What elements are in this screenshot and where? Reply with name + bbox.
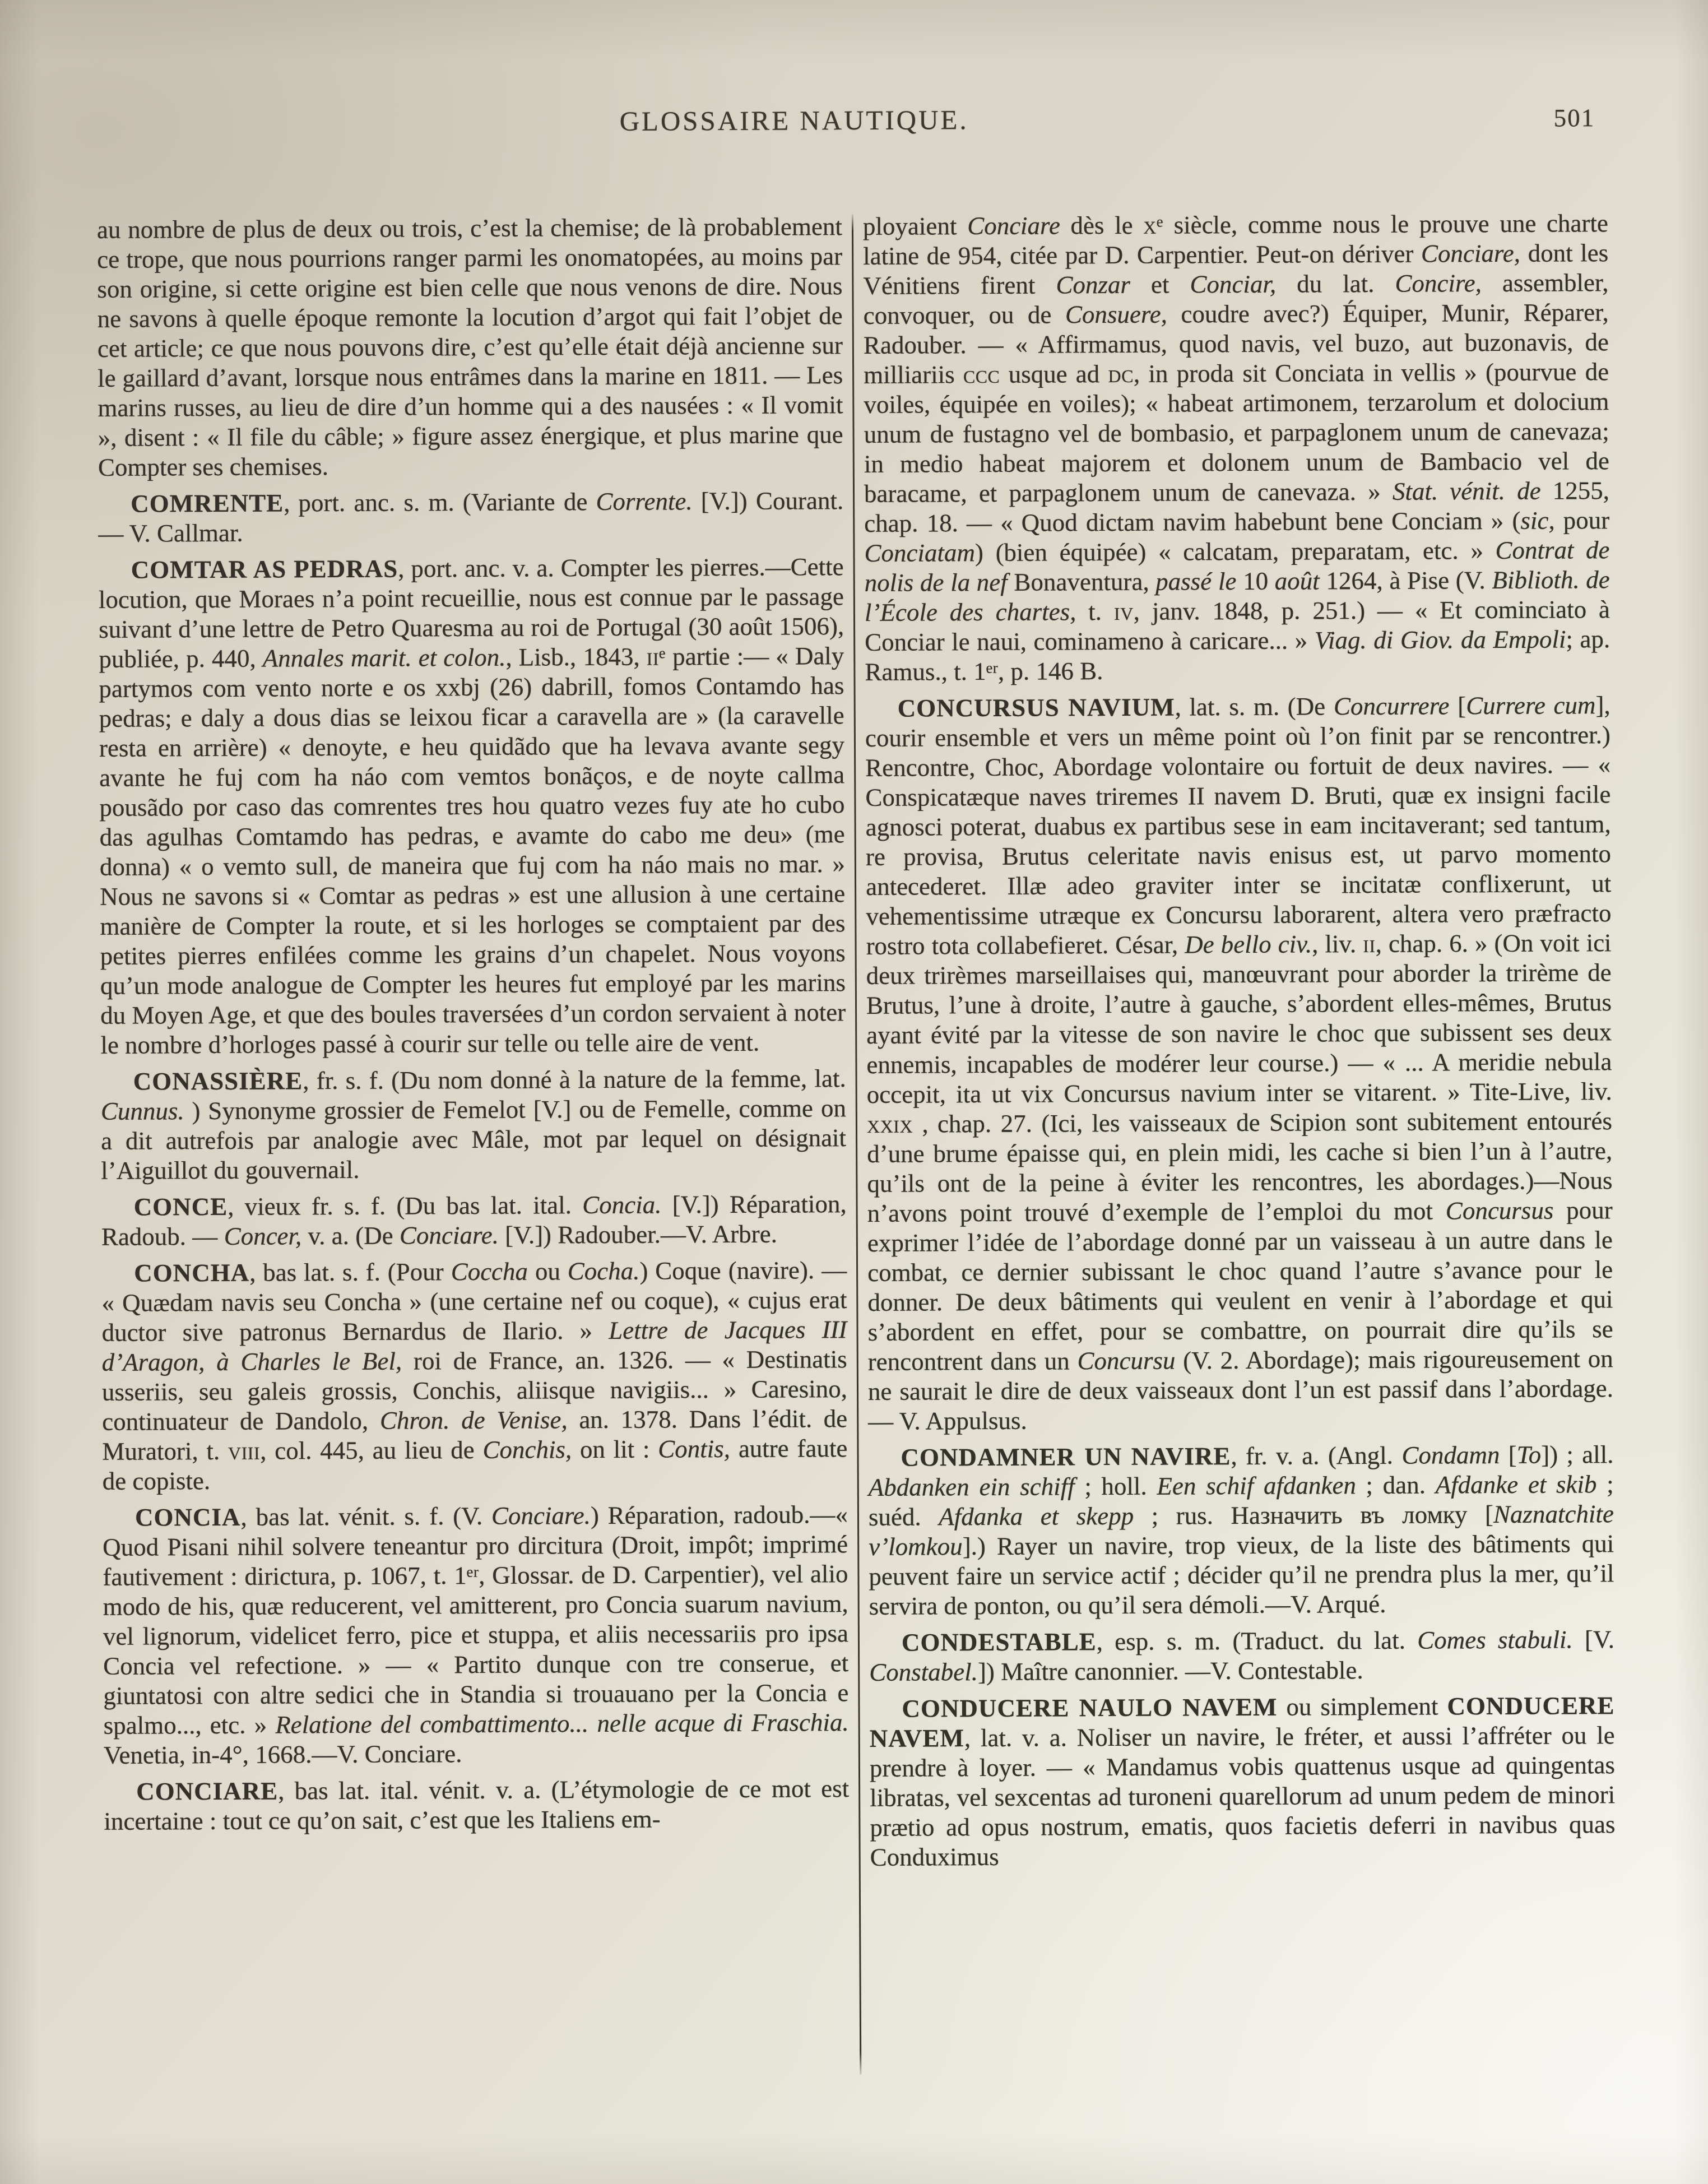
text-segment: ].) Rayer un navire, trop vieux, de la l… bbox=[869, 1529, 1614, 1620]
entry-headword: CONDESTABLE bbox=[902, 1627, 1097, 1657]
text-segment: Een schif afdanken bbox=[1157, 1471, 1356, 1500]
text-segment: 1264, à Pise (V. bbox=[1320, 566, 1492, 595]
glossary-entry: CONASSIÈRE, fr. s. f. (Du nom donné à la… bbox=[100, 1064, 846, 1186]
glossary-entry: CONCE, vieux fr. s. f. (Du bas lat. ital… bbox=[101, 1189, 846, 1252]
text-segment: , col. 445, au lieu de bbox=[260, 1436, 483, 1465]
text-segment: To bbox=[1517, 1441, 1542, 1469]
text-segment: Conzar bbox=[1056, 271, 1130, 299]
text-segment: 10 bbox=[1236, 567, 1275, 595]
text-segment: ; dan. bbox=[1356, 1471, 1436, 1499]
text-segment: ; holl. bbox=[1074, 1472, 1157, 1501]
text-segment: du lat. bbox=[1276, 270, 1395, 298]
text-segment: ; rus. Назначить въ ломку [ bbox=[1134, 1500, 1493, 1530]
text-segment: dc bbox=[1108, 360, 1134, 388]
glossary-entry: COMTAR AS PEDRAS, port. anc. v. a. Compt… bbox=[99, 552, 846, 1060]
text-segment: , bas lat. s. f. (Pour bbox=[249, 1258, 451, 1287]
text-segment: Conciar, bbox=[1190, 270, 1276, 299]
text-segment: [V.]) Radouber.—V. Arbre. bbox=[499, 1220, 777, 1249]
text-segment: Concursu bbox=[1077, 1347, 1175, 1375]
glossary-entry: CONCURSUS NAVIUM, lat. s. m. (De Concurr… bbox=[865, 690, 1614, 1436]
right-column: ployaient Conciare dès le xᵉ siècle, com… bbox=[863, 208, 1616, 1872]
text-segment: ployaient bbox=[863, 212, 967, 240]
text-segment: Conchis, bbox=[482, 1435, 572, 1464]
text-segment: v. a. (De bbox=[301, 1222, 400, 1250]
glossary-entry: CONCIA, bas lat. vénit. s. f. (V. Concia… bbox=[103, 1500, 849, 1770]
glossary-entry: ployaient Conciare dès le xᵉ siècle, com… bbox=[863, 208, 1610, 687]
text-segment: iiᵉ bbox=[647, 642, 666, 670]
text-segment: [ bbox=[1449, 692, 1466, 720]
text-segment: xᵉ bbox=[1143, 211, 1163, 239]
text-segment: Afdanka et skepp bbox=[939, 1502, 1134, 1531]
left-column: au nombre de plus de deux ou trois, c’es… bbox=[97, 212, 850, 1837]
scanned-book-page: GLOSSAIRE NAUTIQUE. 501 au nombre de plu… bbox=[0, 0, 1708, 2184]
text-segment: Comes stabuli. bbox=[1417, 1625, 1573, 1654]
text-segment: , liv. bbox=[1312, 930, 1363, 958]
text-segment: Constabel. bbox=[869, 1658, 978, 1686]
text-segment: Concursus bbox=[1446, 1197, 1554, 1225]
text-segment: Viag. di Giov. da Empoli bbox=[1315, 625, 1566, 654]
text-segment: Chron. de Venise, bbox=[380, 1406, 568, 1434]
page-header: GLOSSAIRE NAUTIQUE. 501 bbox=[96, 101, 1609, 152]
text-segment: , fr. v. a. (Angl. bbox=[1231, 1441, 1401, 1470]
entry-headword: CONCHA bbox=[134, 1259, 249, 1287]
text-segment: et bbox=[1130, 270, 1190, 298]
column-divider-rule bbox=[852, 214, 861, 2075]
text-segment: ) Synonyme grossier de Femelot [V.] ou d… bbox=[101, 1094, 846, 1185]
text-segment: ]) Maître canonnier. —V. Contestable. bbox=[978, 1656, 1363, 1686]
text-segment: août bbox=[1275, 567, 1320, 595]
text-segment: Consuere, bbox=[1065, 300, 1167, 329]
glossary-entry: CONCIARE, bas lat. ital. vénit. v. a. (L… bbox=[104, 1774, 849, 1837]
text-segment: dès le bbox=[1060, 211, 1144, 240]
entry-headword: CONDAMNER UN NAVIRE bbox=[901, 1442, 1231, 1472]
text-segment: Conciare. bbox=[400, 1221, 499, 1250]
text-segment: Conciatam bbox=[864, 539, 975, 567]
text-segment: Annales marit. et colon. bbox=[263, 643, 506, 673]
text-segment: Conciare bbox=[967, 211, 1060, 240]
text-segment: Conciare. bbox=[491, 1501, 591, 1530]
text-segment: Conciare, bbox=[1421, 239, 1520, 268]
text-segment: Stat. vénit. de bbox=[1393, 477, 1541, 506]
entry-headword: COMTAR AS PEDRAS bbox=[131, 555, 398, 584]
text-segment: , bas lat. vénit. s. f. (V. bbox=[240, 1502, 491, 1531]
text-segment: , Lisb., 1843, bbox=[505, 643, 646, 671]
entry-headword: CONCIARE bbox=[136, 1777, 278, 1806]
text-segment: Abdanken ein schiff bbox=[869, 1472, 1075, 1501]
glossary-entry: CONCHA, bas lat. s. f. (Pour Coccha ou C… bbox=[101, 1255, 848, 1496]
text-segment: , port. anc. s. m. (Variante de bbox=[284, 488, 596, 517]
text-segment: Corrente. bbox=[596, 487, 692, 516]
text-segment: Venetia, in-4°, 1668.—V. Conciare. bbox=[104, 1740, 462, 1769]
text-segment: Cunnus. bbox=[101, 1097, 184, 1125]
text-block: au nombre de plus de deux ou trois, c’es… bbox=[97, 208, 1618, 2078]
glossary-entry: CONDUCERE NAULO NAVEM ou simplement COND… bbox=[869, 1691, 1615, 1872]
text-segment: xxix bbox=[867, 1110, 913, 1138]
running-title: GLOSSAIRE NAUTIQUE. bbox=[619, 104, 968, 137]
text-segment: sic, bbox=[1520, 507, 1554, 535]
text-segment: passé le bbox=[1155, 567, 1236, 596]
glossary-entry: CONDESTABLE, esp. s. m. (Traduct. du lat… bbox=[869, 1625, 1614, 1687]
text-segment: pour bbox=[1555, 506, 1610, 534]
text-segment: [V. bbox=[1573, 1625, 1614, 1653]
text-segment: ou simplement bbox=[1277, 1692, 1447, 1721]
scan-content: GLOSSAIRE NAUTIQUE. 501 au nombre de plu… bbox=[0, 0, 1708, 2184]
glossary-entry: au nombre de plus de deux ou trois, c’es… bbox=[97, 212, 843, 483]
entry-headword: CONCE bbox=[133, 1193, 228, 1221]
text-segment: , fr. s. f. (Du nom donné à la nature de… bbox=[303, 1064, 846, 1095]
entry-headword: COMRENTE bbox=[131, 489, 284, 517]
text-segment: Bonaventura, bbox=[1008, 568, 1156, 596]
entry-headword: CONCIA bbox=[135, 1503, 241, 1532]
text-segment: [ bbox=[1500, 1441, 1517, 1469]
text-segment: Concia. bbox=[582, 1191, 661, 1219]
text-segment: Concurrere bbox=[1334, 692, 1450, 720]
text-segment: Cocha. bbox=[568, 1257, 640, 1286]
text-segment: Currere cum bbox=[1466, 691, 1596, 720]
text-segment: Concer, bbox=[224, 1222, 301, 1250]
text-segment: Condamn bbox=[1401, 1441, 1500, 1469]
text-segment: iv bbox=[1114, 597, 1134, 625]
text-segment: Contis, bbox=[658, 1435, 730, 1463]
text-segment: ) (bien équipée) « calcatam, preparatam,… bbox=[975, 536, 1496, 567]
text-segment: Coccha bbox=[451, 1258, 528, 1286]
glossary-entry: CONDAMNER UN NAVIRE, fr. v. a. (Angl. Co… bbox=[868, 1440, 1614, 1621]
text-segment: , lat. v. a. Noliser un navire, le fréte… bbox=[870, 1721, 1616, 1871]
text-segment: ii bbox=[1363, 930, 1376, 958]
text-segment: Relatione del combattimento... nelle acq… bbox=[275, 1708, 848, 1738]
text-segment: ccc bbox=[963, 360, 1000, 388]
text-segment: t. bbox=[1076, 597, 1114, 625]
text-segment: ], courir ensemble et vers un même point… bbox=[865, 691, 1612, 960]
entry-headword: CONDUCERE NAULO NAVEM bbox=[902, 1693, 1277, 1723]
text-segment: De bello civ. bbox=[1185, 930, 1312, 958]
text-segment: Concire, bbox=[1395, 269, 1482, 298]
text-segment: Afdanke et skib bbox=[1436, 1470, 1597, 1499]
text-segment: ) Réparation, radoub.—« Quod Pisani nihi… bbox=[103, 1500, 848, 1740]
page-number: 501 bbox=[1554, 103, 1595, 132]
text-segment: ou bbox=[528, 1257, 568, 1285]
glossary-entry: COMRENTE, port. anc. s. m. (Variante de … bbox=[98, 486, 843, 549]
text-segment: ]) ; all. bbox=[1541, 1440, 1614, 1469]
text-segment: on lit : bbox=[572, 1435, 658, 1464]
text-segment: , esp. s. m. (Traduct. du lat. bbox=[1097, 1626, 1418, 1656]
entry-headword: CONCURSUS NAVIUM bbox=[898, 693, 1175, 722]
text-segment: viii bbox=[228, 1437, 260, 1465]
text-segment: au nombre de plus de deux ou trois, c’es… bbox=[97, 212, 843, 481]
text-segment: usque ad bbox=[1000, 360, 1108, 388]
text-segment: partie :— « Daly partymos com vento nort… bbox=[99, 642, 846, 1059]
text-segment: , vieux fr. s. f. (Du bas lat. ital. bbox=[228, 1191, 582, 1221]
text-segment: , lat. s. m. (De bbox=[1175, 692, 1333, 721]
entry-headword: CONASSIÈRE bbox=[133, 1067, 303, 1095]
